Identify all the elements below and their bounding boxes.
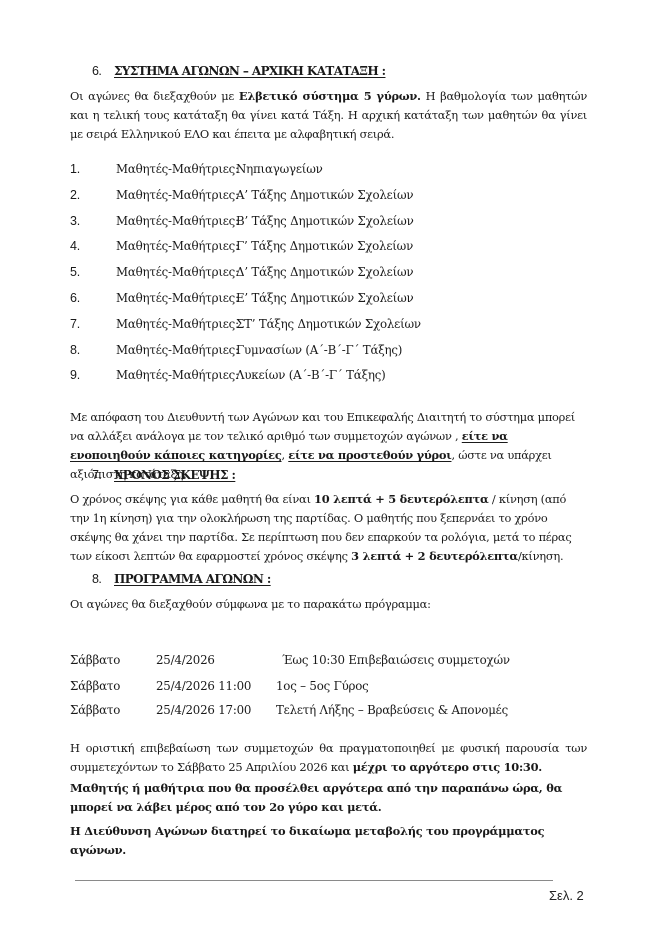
schedule-datetime: 25/4/2026 17:00 [156, 701, 251, 719]
schedule-event: 1ος – 5ος Γύρος [276, 677, 369, 695]
section-7-paragraph: Ο χρόνος σκέψης για κάθε μαθητή θα είναι… [70, 490, 587, 566]
section-6-heading: 6.ΣΥΣΤΗΜΑ ΑΓΩΝΩΝ – ΑΡΧΙΚΗ ΚΑΤΑΤΑΞΗ : [92, 63, 385, 79]
category-class: Δ’ Τάξης Δημοτικών Σχολείων [236, 263, 413, 281]
category-class: Β’ Τάξης Δημοτικών Σχολείων [236, 212, 414, 230]
section-6-title: ΣΥΣΤΗΜΑ ΑΓΩΝΩΝ – ΑΡΧΙΚΗ ΚΑΤΑΤΑΞΗ : [114, 64, 385, 78]
category-participants: Μαθητές-Μαθήτριες: [116, 289, 239, 307]
category-participants: Μαθητές-Μαθήτριες: [116, 315, 239, 333]
confirmation-paragraph: Η οριστική επιβεβαίωση των συμμετοχών θα… [70, 739, 587, 777]
category-number: 6. [70, 289, 80, 307]
section-8-number: 8. [92, 571, 114, 587]
category-class: Ε’ Τάξης Δημοτικών Σχολείων [236, 289, 414, 307]
text: Οι αγώνες θα διεξαχθούν σύμφωνα με το πα… [70, 595, 587, 614]
text-bold: Η Διεύθυνση Αγώνων διατηρεί το δικαίωμα … [70, 822, 587, 860]
section-7-title: ΧΡΟΝΟΣ ΣΚΕΨΗΣ : [114, 468, 235, 482]
category-number: 5. [70, 263, 80, 281]
category-participants: Μαθητές-Μαθήτριες: [116, 160, 239, 178]
page-number: Σελ. 2 [549, 888, 584, 903]
category-class: Γ’ Τάξης Δημοτικών Σχολείων [236, 237, 413, 255]
schedule-day: Σάββατο [70, 651, 120, 669]
text-bold: Ελβετικό σύστημα 5 γύρων. [239, 89, 421, 103]
category-class: Νηπιαγωγείων [236, 160, 323, 178]
category-class: ΣΤ’ Τάξης Δημοτικών Σχολείων [236, 315, 421, 333]
schedule-day: Σάββατο [70, 677, 120, 695]
section-7-number: 7. [92, 467, 114, 483]
category-number: 4. [70, 237, 80, 255]
category-number: 9. [70, 366, 80, 384]
section-6-number: 6. [92, 63, 114, 79]
category-participants: Μαθητές-Μαθήτριες: [116, 186, 239, 204]
category-participants: Μαθητές-Μαθήτριες: [116, 341, 239, 359]
schedule-datetime: 25/4/2026 11:00 [156, 677, 251, 695]
text-bold-underline: είτε να προστεθούν γύροι [288, 448, 451, 462]
late-arrival-note: Μαθητής ή μαθήτρια που θα προσέλθει αργό… [70, 779, 587, 817]
schedule-event: Έως 10:30 Επιβεβαιώσεις συμμετοχών [282, 651, 510, 669]
text-bold: 3 λεπτά + 2 δευτερόλεπτα [351, 549, 518, 563]
schedule-datetime: 25/4/2026 [156, 651, 215, 669]
text: Ο χρόνος σκέψης για κάθε μαθητή θα είναι [70, 492, 314, 506]
section-8-intro: Οι αγώνες θα διεξαχθούν σύμφωνα με το πα… [70, 595, 587, 614]
category-participants: Μαθητές-Μαθήτριες: [116, 212, 239, 230]
category-class: Α’ Τάξης Δημοτικών Σχολείων [236, 186, 413, 204]
category-participants: Μαθητές-Μαθήτριες: [116, 263, 239, 281]
category-number: 1. [70, 160, 80, 178]
section-6-paragraph: Οι αγώνες θα διεξαχθούν με Ελβετικό σύστ… [70, 87, 587, 144]
category-class: Γυμνασίων (Α΄-Β΄-Γ΄ Τάξης) [236, 341, 402, 359]
category-number: 3. [70, 212, 80, 230]
category-participants: Μαθητές-Μαθήτριες: [116, 366, 239, 384]
footer-divider [75, 880, 553, 881]
section-8-heading: 8.ΠΡΟΓΡΑΜΜΑ ΑΓΩΝΩΝ : [92, 571, 271, 587]
text-bold: Μαθητής ή μαθήτρια που θα προσέλθει αργό… [70, 779, 587, 817]
section-7-heading: 7.ΧΡΟΝΟΣ ΣΚΕΨΗΣ : [92, 467, 235, 483]
category-number: 7. [70, 315, 80, 333]
schedule-event: Τελετή Λήξης – Βραβεύσεις & Απονομές [276, 701, 508, 719]
category-participants: Μαθητές-Μαθήτριες: [116, 237, 239, 255]
text-bold: 10 λεπτά + 5 δευτερόλεπτα [314, 492, 488, 506]
section-8-title: ΠΡΟΓΡΑΜΜΑ ΑΓΩΝΩΝ : [114, 572, 271, 586]
text-bold: μέχρι το αργότερο στις 10:30. [353, 760, 542, 774]
category-number: 8. [70, 341, 80, 359]
category-number: 2. [70, 186, 80, 204]
category-class: Λυκείων (Α΄-Β΄-Γ΄ Τάξης) [236, 366, 386, 384]
text: /κίνηση. [518, 549, 563, 563]
text: Οι αγώνες θα διεξαχθούν με [70, 89, 239, 103]
schedule-day: Σάββατο [70, 701, 120, 719]
schedule-rights-note: Η Διεύθυνση Αγώνων διατηρεί το δικαίωμα … [70, 822, 587, 860]
